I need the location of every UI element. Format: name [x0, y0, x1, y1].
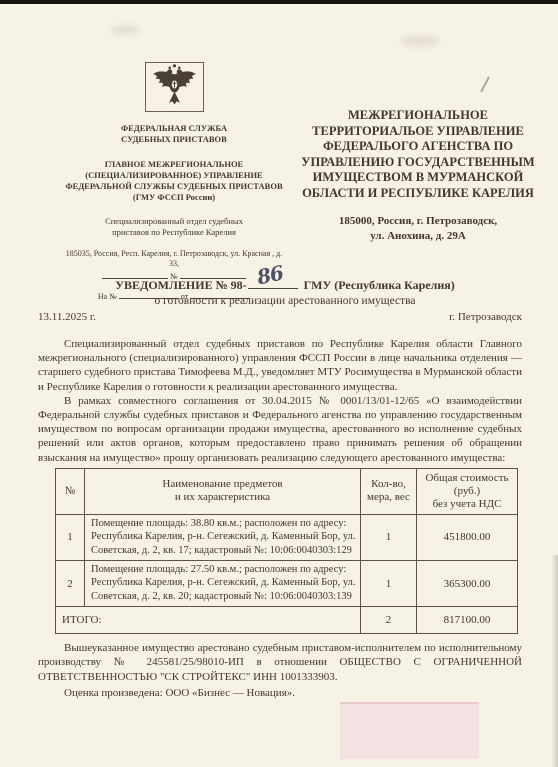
recipient-header-block: МЕЖРЕГИОНАЛЬНОЕ ТЕРРИТОРИАЛЬОЕ УПРАВЛЕНИ…	[292, 108, 544, 243]
row-cost: 451800.00	[417, 514, 518, 560]
double-headed-eagle-icon	[150, 63, 199, 111]
scan-smudge	[110, 25, 140, 35]
document-date: 13.11.2025 г.	[38, 311, 96, 323]
row-quantity: 1	[361, 514, 417, 560]
property-table: № Наименование предметов и их характерис…	[55, 468, 518, 634]
table-row: 1 Помещение площадь: 38.80 кв.м.; распол…	[56, 514, 518, 560]
total-label: ИТОГО:	[56, 607, 361, 634]
row-cost: 365300.00	[417, 561, 518, 607]
col-header-cost: Общая стоимость (руб.) без учета НДС	[417, 468, 518, 514]
document-title-block: УВЕДОМЛЕНИЕ № 98-86ГМУ (Республика Карел…	[40, 276, 530, 307]
document-page: { "colors": { "paper": "#f6f2e6", "ink":…	[0, 0, 558, 767]
paragraph-enforcement: Вышеуказанное имущество арестовано судеб…	[38, 641, 522, 684]
scan-top-edge	[0, 0, 558, 4]
document-title: УВЕДОМЛЕНИЕ № 98-86ГМУ (Республика Карел…	[40, 276, 530, 293]
sender-service-name: ФЕДЕРАЛЬНАЯ СЛУЖБА СУДЕБНЫХ ПРИСТАВОВ	[28, 123, 320, 145]
scan-edge-shadow	[551, 555, 558, 767]
total-cost: 817100.00	[417, 607, 518, 634]
document-body: Специализированный отдел судебных приста…	[38, 337, 522, 700]
col-header-quantity: Кол-во, мера, вес	[361, 468, 417, 514]
coat-of-arms-emblem	[145, 62, 204, 112]
sender-department-name: Специализированный отдел судебных приста…	[28, 216, 320, 238]
row-quantity: 1	[361, 561, 417, 607]
total-quantity: 2	[361, 607, 417, 634]
paragraph-intro: Специализированный отдел судебных приста…	[38, 337, 522, 394]
scan-smudge	[400, 35, 440, 47]
handwritten-number: 86	[254, 261, 284, 290]
sender-directorate-name: ГЛАВНОЕ МЕЖРЕГИОНАЛЬНОЕ (СПЕЦИАЛИЗИРОВАН…	[28, 159, 320, 203]
title-prefix: УВЕДОМЛЕНИЕ № 98-	[115, 278, 246, 292]
row-description: Помещение площадь: 38.80 кв.м.; располож…	[85, 514, 361, 560]
document-subtitle: о готовности к реализации арестованного …	[40, 295, 530, 307]
title-suffix: ГМУ (Республика Карелия)	[304, 278, 455, 292]
table-total-row: ИТОГО: 2 817100.00	[56, 607, 518, 634]
handwritten-number-line: 86	[248, 276, 298, 289]
pen-mark	[480, 77, 490, 93]
paragraph-appraisal: Оценка произведена: ООО «Бизнес — Новаци…	[38, 686, 522, 700]
date-place-row: 13.11.2025 г. г. Петрозаводск	[38, 311, 522, 323]
row-number: 2	[56, 561, 85, 607]
redacted-stamp-area	[340, 702, 479, 759]
recipient-org-name: МЕЖРЕГИОНАЛЬНОЕ ТЕРРИТОРИАЛЬОЕ УПРАВЛЕНИ…	[292, 108, 544, 201]
table-header-row: № Наименование предметов и их характерис…	[56, 468, 518, 514]
table-row: 2 Помещение площадь: 27.50 кв.м.; распол…	[56, 561, 518, 607]
recipient-address: 185000, Россия, г. Петрозаводск, ул. Ано…	[292, 214, 544, 243]
paragraph-agreement: В рамках совместного соглашения от 30.04…	[38, 394, 522, 465]
row-number: 1	[56, 514, 85, 560]
col-header-number: №	[56, 468, 85, 514]
document-place: г. Петрозаводск	[449, 311, 522, 323]
row-description: Помещение площадь: 27.50 кв.м.; располож…	[85, 561, 361, 607]
col-header-name: Наименование предметов и их характеристи…	[85, 468, 361, 514]
